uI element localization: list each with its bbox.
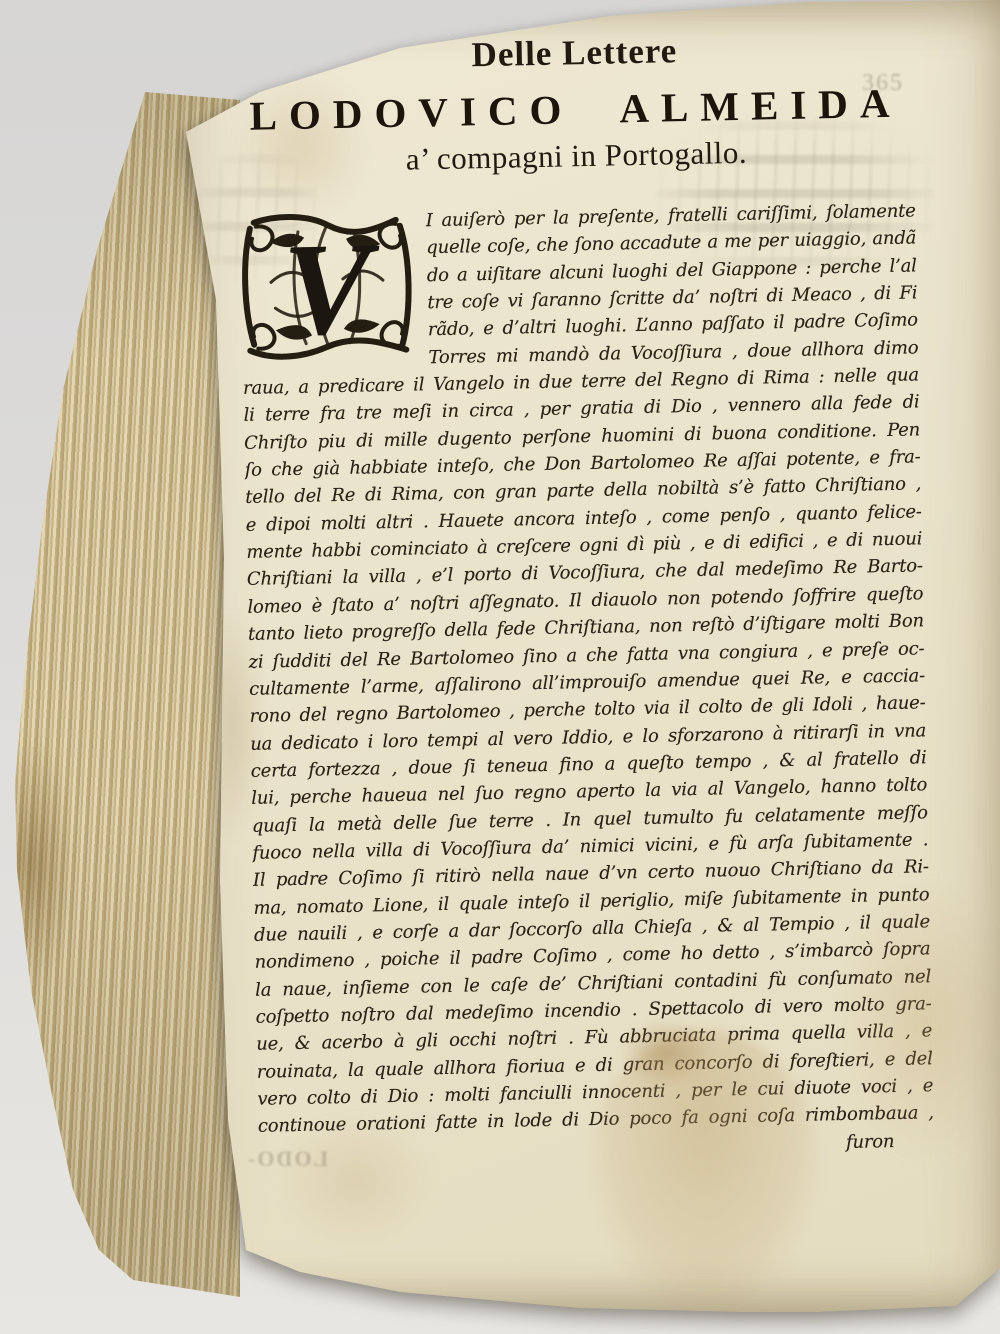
book-page: 365 LODO- Delle Lettere LODOVICO ALMEIDA…	[150, 0, 1000, 1312]
book-page-wrapper: 365 LODO- Delle Lettere LODOVICO ALMEIDA…	[0, 0, 1000, 1334]
ink-spot	[216, 540, 223, 549]
printed-text-block: Delle Lettere LODOVICO ALMEIDA a’ compag…	[236, 22, 935, 1167]
drop-cap-letter: V	[282, 214, 382, 363]
woodcut-initial-icon: V	[240, 210, 415, 363]
ink-spot	[208, 642, 213, 648]
photo-background: { "page": { "running_header": "Delle Let…	[0, 0, 1000, 1334]
page-subtitle: a’ compagni in Portogallo.	[238, 131, 915, 181]
drop-cap-initial: V	[240, 210, 415, 363]
letter-body: V I auiſerò per la preſente, fratelli ca…	[240, 197, 935, 1167]
running-header: Delle Lettere	[236, 26, 913, 80]
page-title: LODOVICO ALMEIDA	[237, 82, 914, 137]
